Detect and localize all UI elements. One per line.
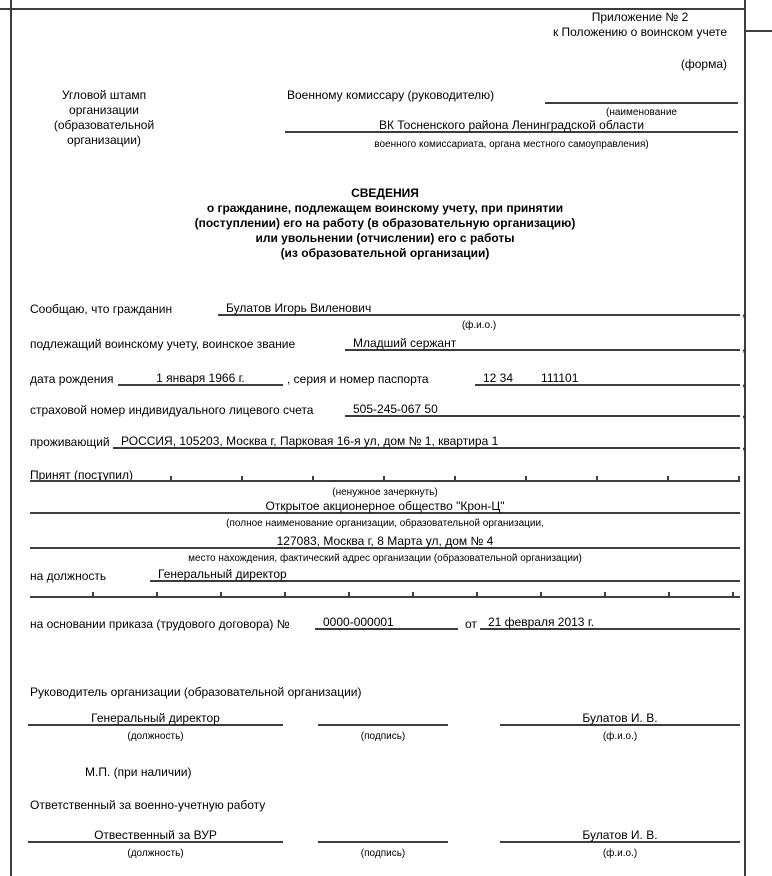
head-name-value: Булатов И. В. (582, 711, 657, 725)
order-label: на основании приказа (трудового договора… (30, 617, 290, 632)
snils-comma: , (742, 406, 745, 421)
snils-field: 505-245-067 50 (345, 403, 740, 417)
wur-name-field: Булатов И. В. (500, 829, 740, 843)
wur-name-caption: (ф.и.о.) (500, 848, 740, 860)
snils-label: страховой номер индивидуального лицевого… (30, 403, 313, 418)
position-label: на должность (30, 569, 106, 584)
passport-label: , серия и номер паспорта (287, 372, 429, 387)
org-address-caption: место нахождения, фактический адрес орга… (30, 553, 740, 565)
address-label: проживающий (30, 435, 110, 450)
accepted-line (30, 476, 740, 482)
head-position-caption: (должность) (28, 731, 283, 743)
wur-position-field: Отвественный за ВУР (28, 829, 283, 843)
corner-stamp-line3: (образовательной (28, 118, 180, 133)
wur-name-value: Булатов И. В. (582, 828, 657, 842)
corner-stamp-note: Угловой штамп организации (образовательн… (28, 88, 180, 148)
order-number-value: 0000-000001 (315, 615, 394, 629)
address-value: РОССИЯ, 105203, Москва г, Парковая 16-я … (113, 434, 498, 448)
page-border-left (10, 0, 12, 876)
birthdate-value: 1 января 1966 г. (156, 371, 245, 385)
document-page: Приложение № 2 к Положению о воинском уч… (0, 0, 772, 876)
passport-series-value: 12 34 (475, 371, 513, 385)
commissariat-name-value: ВК Тосненского района Ленинградской обла… (285, 119, 738, 133)
form-note: (форма) (535, 57, 727, 72)
head-name-field: Булатов И. В. (500, 712, 740, 726)
order-date-value: 21 февраля 2013 г. (480, 615, 594, 629)
wur-position-value: Отвественный за ВУР (94, 828, 217, 842)
citizen-comma: , (742, 305, 745, 320)
head-position-value: Генеральный директор (91, 711, 220, 725)
commissariat-caption: военного комиссариата, органа местного с… (285, 139, 738, 151)
form-title-line4: или увольнении (отчислении) его с работы (30, 231, 740, 246)
rank-comma: , (742, 340, 745, 355)
wur-section-label: Ответственный за военно-учетную работу (30, 798, 265, 813)
citizen-label: Сообщаю, что гражданин (30, 302, 172, 317)
birthdate-field: 1 января 1966 г. (118, 372, 283, 386)
form-title-line5: (из образовательной организации) (30, 246, 740, 261)
head-name-caption: (ф.и.о.) (500, 731, 740, 743)
addressee-label: Военному комиссару (руководителю) (287, 88, 494, 103)
order-from-label: от (465, 617, 477, 632)
citizen-name-field: Булатов Игорь Виленович (218, 302, 740, 316)
head-position-field: Генеральный директор (28, 712, 283, 726)
page-border-top-right (744, 30, 772, 32)
head-section-label: Руководитель организации (образовательно… (30, 685, 362, 700)
org-name-caption: (полное наименование организации, образо… (30, 518, 740, 530)
passport-number-value: 111101 (541, 371, 578, 385)
stamp-place-note: М.П. (при наличии) (85, 765, 192, 780)
wur-position-caption: (должность) (28, 848, 283, 860)
dismissed-line (30, 592, 740, 598)
rank-label: подлежащий воинскому учету, воинское зва… (30, 337, 295, 352)
citizen-fio-caption: (ф.и.о.) (218, 320, 740, 332)
birthdate-label: дата рождения (30, 372, 114, 387)
strike-out-caption: (ненужное зачеркнуть) (30, 487, 740, 499)
head-signature-field (318, 712, 448, 726)
position-field: Генеральный директор (150, 568, 740, 582)
wur-signature-caption: (подпись) (318, 848, 448, 860)
org-address-field: 127083, Москва г, 8 Марта ул, дом № 4 (30, 535, 740, 549)
address-comma: , (742, 438, 745, 453)
corner-stamp-line1: Угловой штамп (28, 88, 180, 103)
rank-value: Младший сержант (345, 336, 456, 350)
passport-field: 12 34111101 (475, 372, 740, 386)
wur-signature-field (318, 829, 448, 843)
addressee-name-line (545, 90, 738, 104)
citizen-name-value: Булатов Игорь Виленович (218, 301, 371, 315)
head-signature-caption: (подпись) (318, 731, 448, 743)
org-address-value: 127083, Москва г, 8 Марта ул, дом № 4 (277, 534, 494, 548)
org-name-field: Открытое акционерное общество "Крон-Ц" (30, 500, 740, 514)
address-field: РОССИЯ, 105203, Москва г, Парковая 16-я … (113, 435, 740, 449)
passport-comma: , (742, 375, 745, 390)
form-title-line3: (поступлении) его на работу (в образоват… (30, 216, 740, 231)
snils-value: 505-245-067 50 (345, 402, 438, 416)
appendix-note: Приложение № 2 к Положению о воинском уч… (535, 10, 745, 40)
corner-stamp-line4: организации) (28, 133, 180, 148)
form-title-line2: о гражданине, подлежащем воинскому учету… (30, 201, 740, 216)
form-title-line1: СВЕДЕНИЯ (30, 186, 740, 201)
position-value: Генеральный директор (150, 567, 287, 581)
corner-stamp-line2: организации (28, 103, 180, 118)
order-date-field: 21 февраля 2013 г. (480, 616, 740, 630)
commissariat-name-text: ВК Тосненского района Ленинградской обла… (379, 118, 644, 132)
org-name-value: Открытое акционерное общество "Крон-Ц" (266, 499, 505, 513)
rank-field: Младший сержант (345, 337, 740, 351)
order-number-field: 0000-000001 (315, 616, 458, 630)
appendix-line1: Приложение № 2 (535, 10, 745, 25)
appendix-line2: к Положению о воинском учете (535, 25, 745, 40)
form-title: СВЕДЕНИЯ о гражданине, подлежащем воинск… (30, 186, 740, 261)
